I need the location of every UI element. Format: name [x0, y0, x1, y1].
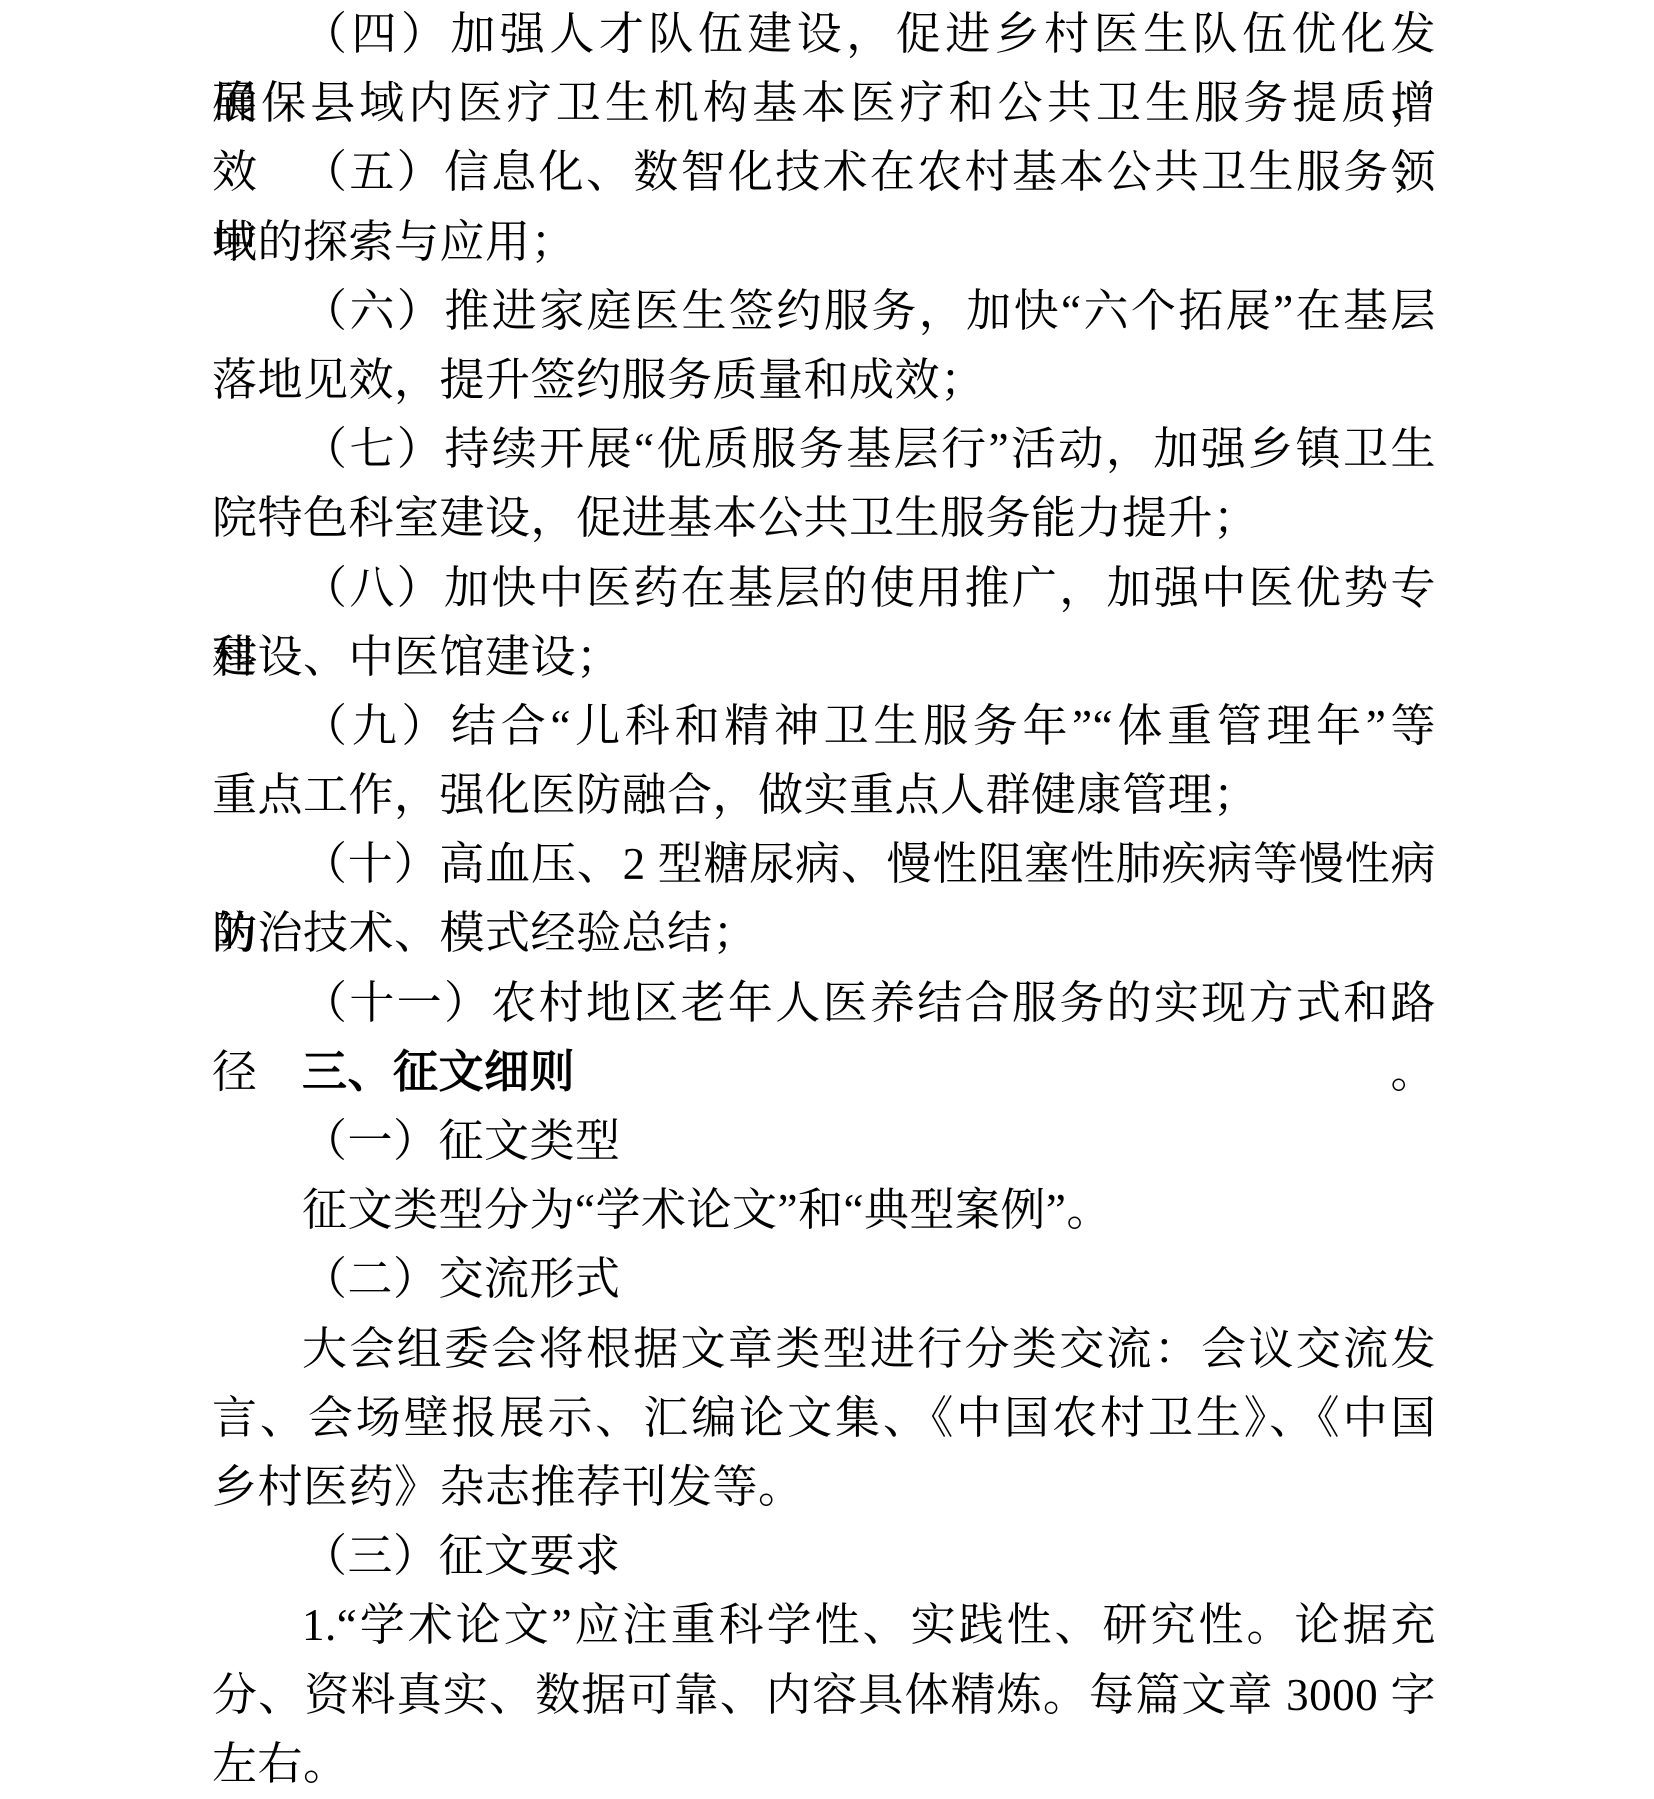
text-line: （二）交流形式	[212, 1245, 1436, 1314]
text-line: 分、资料真实、数据可靠、内容具体精炼。每篇文章 3000 字	[212, 1661, 1436, 1730]
text-line: （七）持续开展“优质服务基层行”活动，加强乡镇卫生	[212, 415, 1436, 484]
text-line: 确保县域内医疗卫生机构基本医疗和公共卫生服务提质增效；	[212, 69, 1436, 138]
text-line: （五）信息化、数智化技术在农村基本公共卫生服务领域	[212, 138, 1436, 207]
text-line: （十一）农村地区老年人医养结合服务的实现方式和路径。	[212, 969, 1436, 1038]
text-line: 乡村医药》杂志推荐刊发等。	[212, 1453, 1436, 1522]
text-line: 防治技术、模式经验总结；	[212, 899, 1436, 968]
text-line: 大会组委会将根据文章类型进行分类交流：会议交流发	[212, 1315, 1436, 1384]
document-page: （四）加强人才队伍建设，促进乡村医生队伍优化发展， 确保县域内医疗卫生机构基本医…	[0, 0, 1654, 1799]
text-line: 中的探索与应用；	[212, 208, 1436, 277]
text-line: （一）征文类型	[212, 1107, 1436, 1176]
text-line: 言、会场壁报展示、汇编论文集、《中国农村卫生》、《中国	[212, 1384, 1436, 1453]
text-line: 重点工作，强化医防融合，做实重点人群健康管理；	[212, 761, 1436, 830]
text-line: 左右。	[212, 1730, 1436, 1799]
document-text-block: （四）加强人才队伍建设，促进乡村医生队伍优化发展， 确保县域内医疗卫生机构基本医…	[212, 0, 1436, 1799]
text-line: （三）征文要求	[212, 1522, 1436, 1591]
text-line: 1.“学术论文”应注重科学性、实践性、研究性。论据充	[212, 1591, 1436, 1660]
text-line: （八）加快中医药在基层的使用推广，加强中医优势专科	[212, 554, 1436, 623]
text-line: 院特色科室建设，促进基本公共卫生服务能力提升；	[212, 484, 1436, 553]
text-line: 建设、中医馆建设；	[212, 623, 1436, 692]
text-line: （九）结合“儿科和精神卫生服务年”“体重管理年”等	[212, 692, 1436, 761]
text-line: 征文类型分为“学术论文”和“典型案例”。	[212, 1176, 1436, 1245]
text-line: （十）高血压、2 型糖尿病、慢性阻塞性肺疾病等慢性病的	[212, 830, 1436, 899]
text-line: （四）加强人才队伍建设，促进乡村医生队伍优化发展，	[212, 0, 1436, 69]
text-line: （六）推进家庭医生签约服务，加快“六个拓展”在基层	[212, 277, 1436, 346]
text-line: 落地见效，提升签约服务质量和成效；	[212, 346, 1436, 415]
